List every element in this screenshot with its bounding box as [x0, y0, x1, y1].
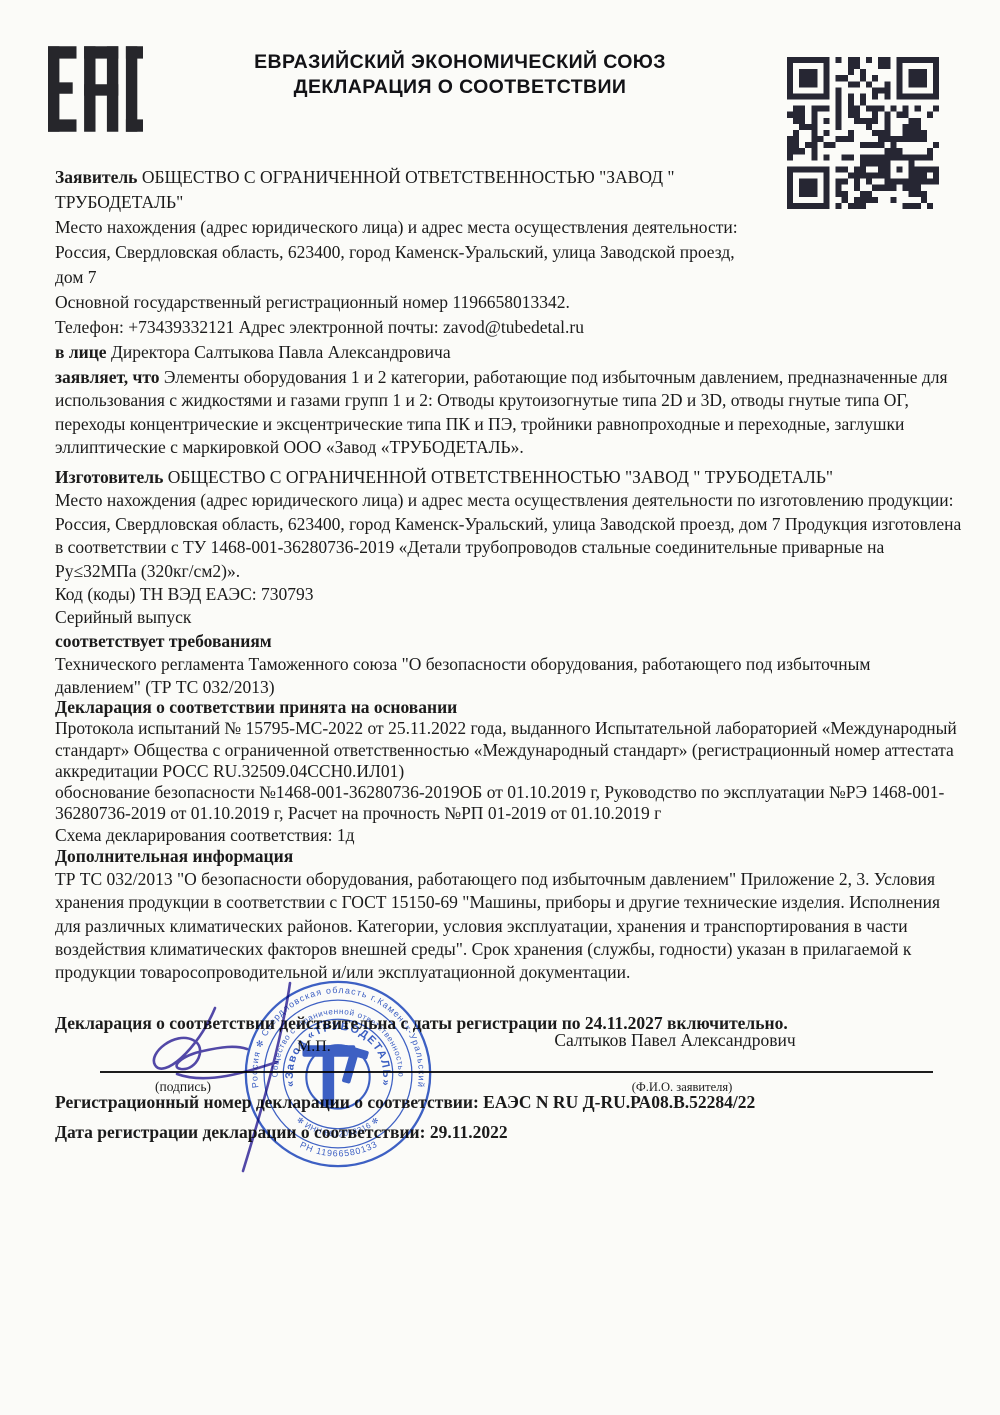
applicant-contacts: Телефон: +73439332121 Адрес электронной … [55, 315, 755, 340]
title-declaration: ДЕКЛАРАЦИЯ О СООТВЕТСТВИИ [170, 75, 750, 100]
declares-label: заявляет, что [55, 367, 160, 387]
compliance-text: Технического регламента Таможенного союз… [55, 653, 960, 699]
compliance-section: соответствует требованиям Технического р… [55, 630, 960, 700]
additional-heading: Дополнительная информация [55, 845, 970, 868]
additional-text: ТР ТС 032/2013 "О безопасности оборудова… [55, 868, 970, 984]
applicant-ogrn: Основной государственный регистрационный… [55, 290, 755, 315]
handwritten-signature [115, 973, 345, 1178]
title-union: ЕВРАЗИЙСКИЙ ЭКОНОМИЧЕСКИЙ СОЮЗ [170, 50, 750, 75]
basis-item: Протокола испытаний № 15795-МС-2022 от 2… [55, 718, 975, 782]
applicant-label: Заявитель [55, 167, 137, 187]
basis-heading: Декларация о соответствии принята на осн… [55, 697, 975, 718]
declares-section: заявляет, что Элементы оборудования 1 и … [55, 366, 970, 460]
manufacturer-address: Место нахождения (адрес юридического лиц… [55, 489, 970, 583]
applicant-address: Место нахождения (адрес юридического лиц… [55, 215, 755, 290]
manufacturer-section: Изготовитель ОБЩЕСТВО С ОГРАНИЧЕННОЙ ОТВ… [55, 466, 970, 630]
declaration-document: { "header": { "logo_text": "EAC", "title… [0, 0, 1000, 1415]
applicant-section: Заявитель ОБЩЕСТВО С ОГРАНИЧЕННОЙ ОТВЕТС… [55, 165, 755, 365]
manufacturer-name-line: Изготовитель ОБЩЕСТВО С ОГРАНИЧЕННОЙ ОТВ… [55, 466, 970, 489]
declares-paragraph: заявляет, что Элементы оборудования 1 и … [55, 366, 970, 460]
manufacturer-label: Изготовитель [55, 467, 163, 487]
applicant-name-line: Заявитель ОБЩЕСТВО С ОГРАНИЧЕННОЙ ОТВЕТС… [55, 165, 755, 215]
document-title: ЕВРАЗИЙСКИЙ ЭКОНОМИЧЕСКИЙ СОЮЗ ДЕКЛАРАЦИ… [170, 50, 750, 100]
applicant-representative: в лице Директора Салтыкова Павла Алексан… [55, 340, 755, 365]
basis-section: Декларация о соответствии принята на осн… [55, 697, 975, 846]
basis-item: обоснование безопасности №1468-001-36280… [55, 782, 975, 825]
additional-info-section: Дополнительная информация ТР ТС 032/2013… [55, 845, 970, 984]
qr-code [787, 57, 939, 209]
issue-type: Серийный выпуск [55, 606, 970, 629]
eac-logo [48, 46, 143, 132]
declarant-name: Салтыков Павел Александрович [490, 1030, 860, 1051]
tnved-code: Код (коды) ТН ВЭД ЕАЭС: 730793 [55, 583, 970, 606]
basis-item: Схема декларирования соответствия: 1д [55, 825, 975, 846]
compliance-heading: соответствует требованиям [55, 630, 960, 653]
